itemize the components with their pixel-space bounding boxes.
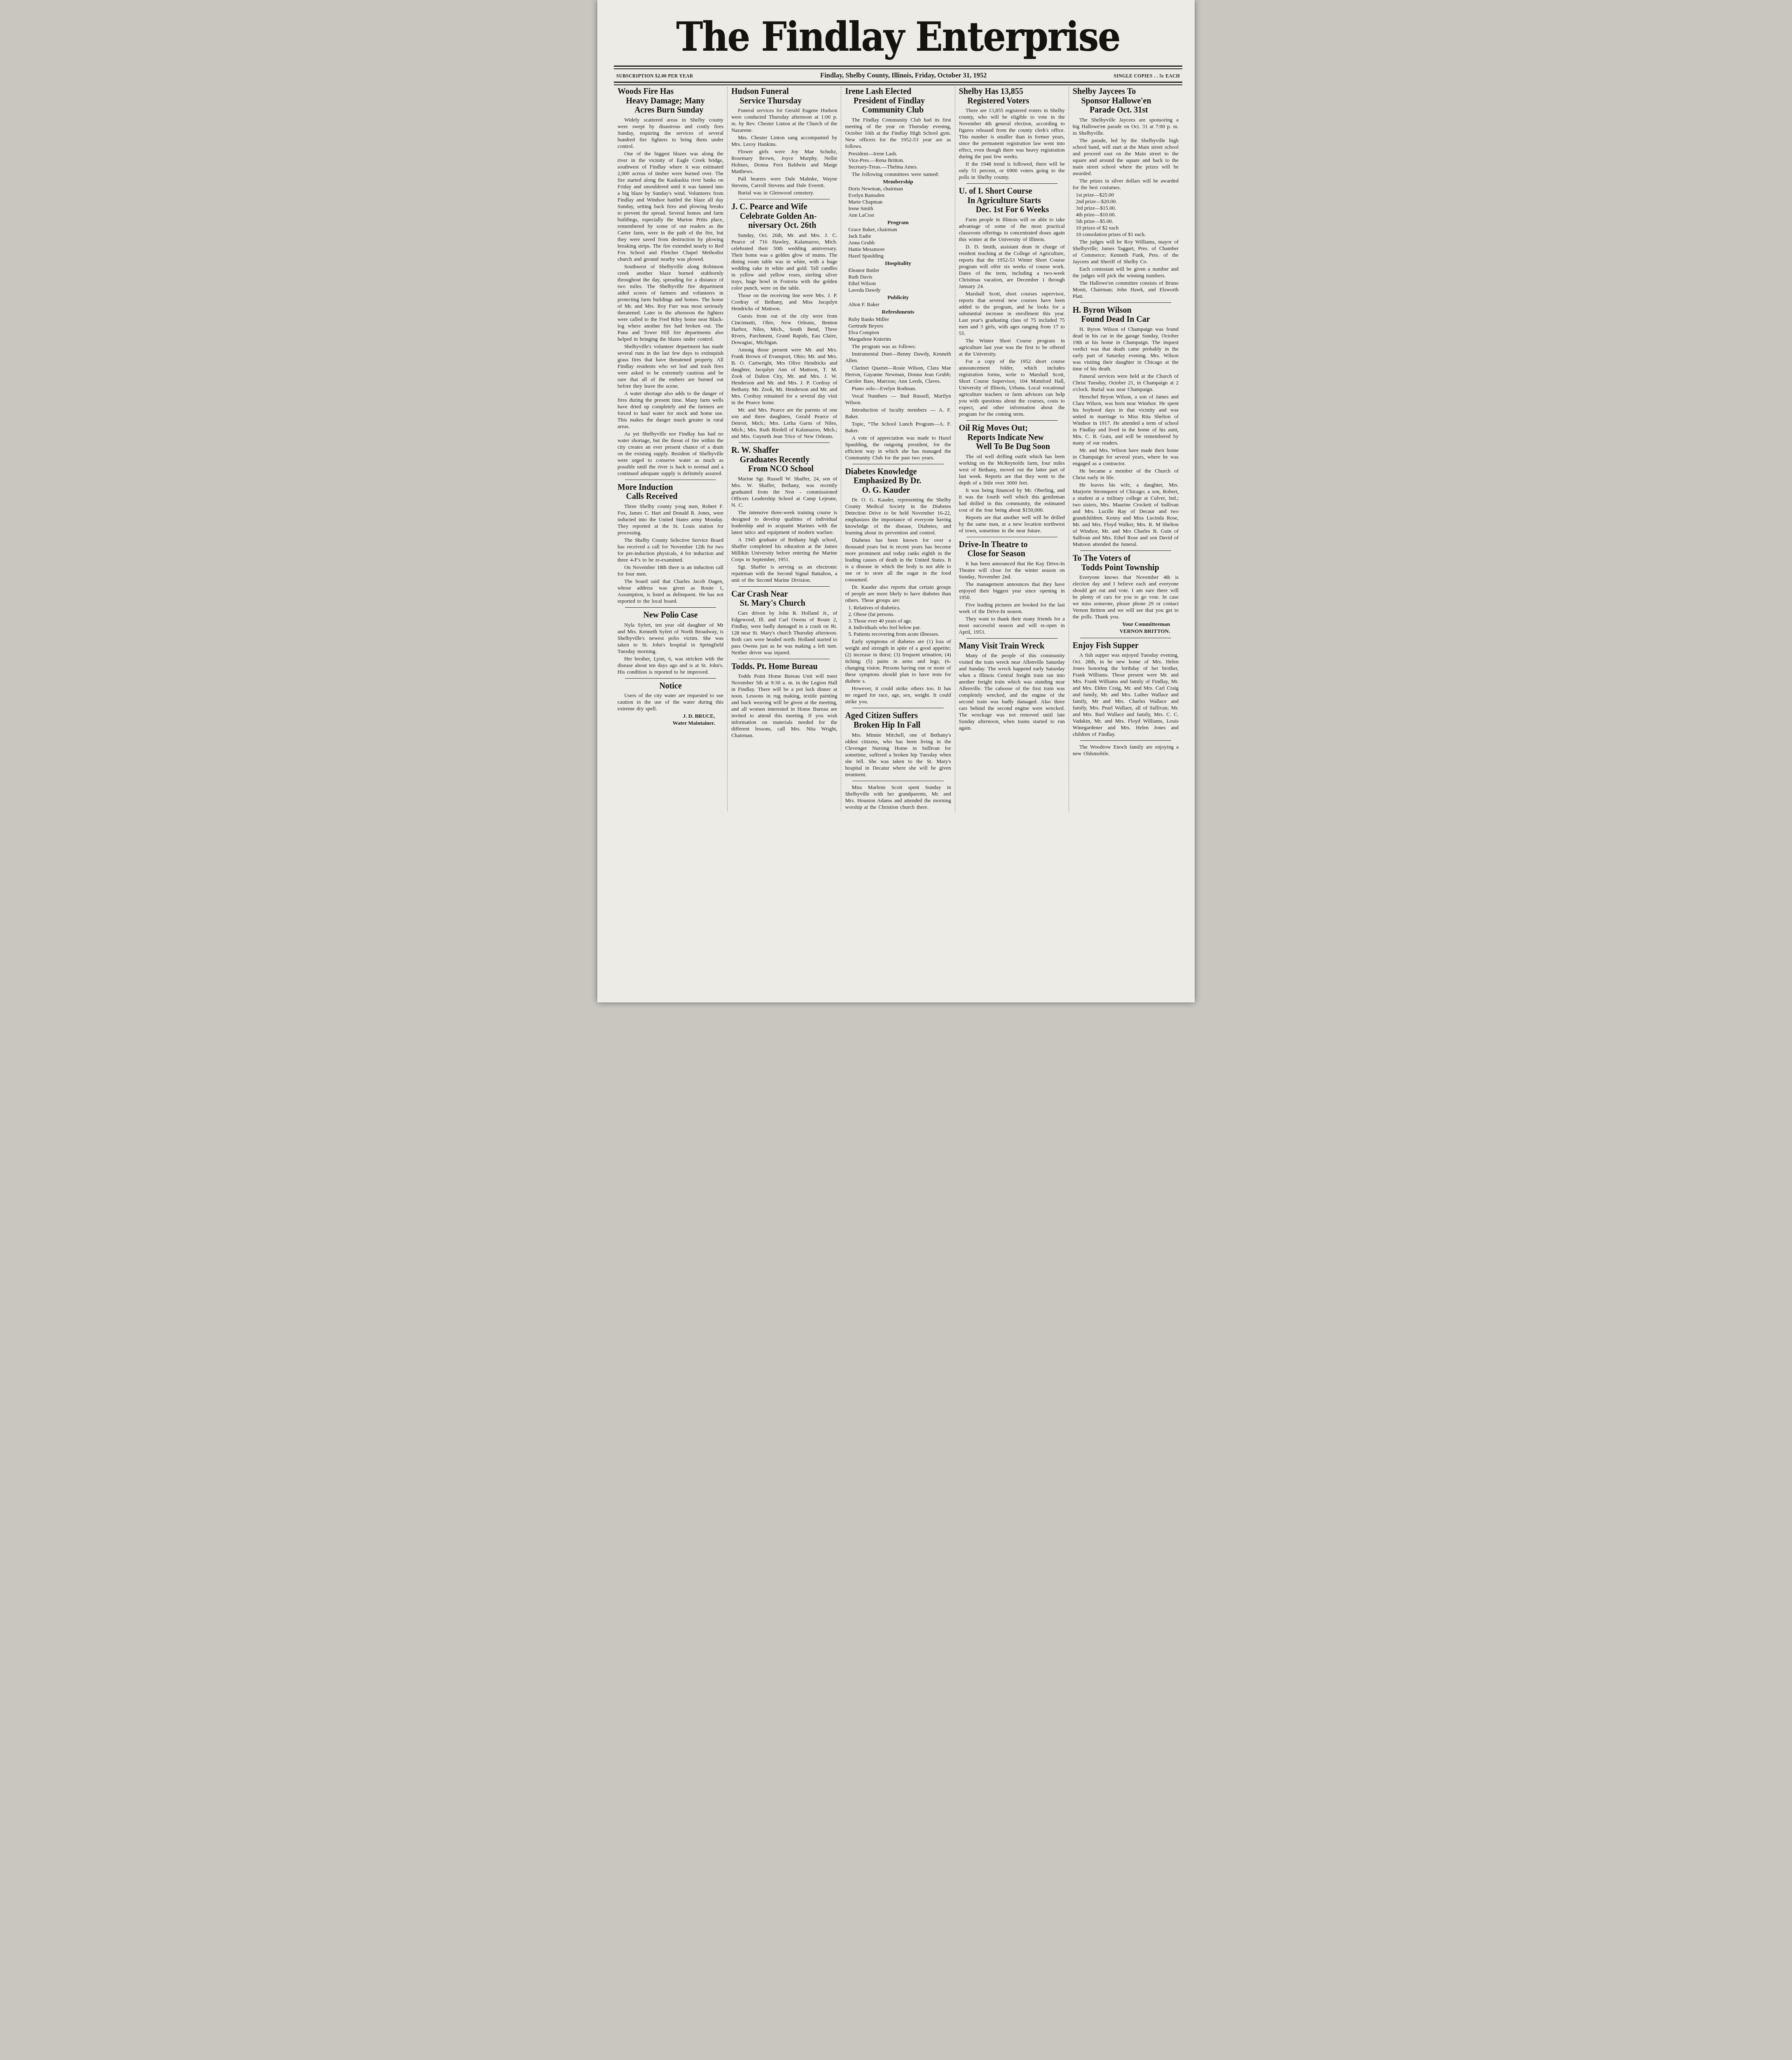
article-paragraph: Herschel Bryon Wilson, a son of James an… [1073, 393, 1179, 446]
article-paragraph: Marine Sgt. Russell W. Shaffer, 24, son … [731, 475, 837, 508]
article-paragraph: One of the biggest blazes was along the … [618, 150, 723, 262]
article-paragraph: He leaves his wife, a daughter, Mrs. Mar… [1073, 482, 1179, 548]
article-headline: Diabetes KnowledgeEmphasized By Dr.O. G.… [845, 467, 951, 495]
headline-line: Hudson Funeral [731, 87, 837, 96]
article-paragraph: He became a member of the Church of Chri… [1073, 468, 1179, 481]
article-paragraph: Pall bearers were Dale Mahnke, Wayne Ste… [731, 176, 837, 189]
article-separator-rule [1080, 550, 1171, 551]
headline-line: Found Dead In Car [1073, 315, 1179, 324]
article-headline: Todds. Pt. Home Bureau [731, 662, 837, 672]
headline-line: Reports Indicate New [959, 433, 1065, 442]
columns: Woods Fire HasHeavy Damage; ManyAcres Bu… [614, 87, 1182, 811]
article: Woods Fire HasHeavy Damage; ManyAcres Bu… [618, 87, 723, 477]
headline-line: Shelby Has 13,855 [959, 87, 1065, 96]
article: Oil Rig Moves Out;Reports Indicate NewWe… [959, 420, 1065, 534]
article-paragraph: Dr. O. G. Kauder, representing the Shelb… [845, 496, 951, 536]
headline-line: Shelby Jaycees To [1073, 87, 1179, 96]
article-separator-rule [852, 464, 943, 464]
article-line-list: President—Irene Lash. Vice-Pres.—Rena Br… [845, 150, 951, 170]
article: Drive-In Theatre toClose for SeasonIt ha… [959, 537, 1065, 635]
article-signature: J. D. BRUCE, Water Maintainer. [618, 713, 723, 727]
article-paragraph: Shelbyville's volunteer department has m… [618, 343, 723, 389]
article-headline: More InductionCalls Received [618, 483, 723, 501]
dateline-bar: SUBSCRIPTION $2.00 PER YEAR Findlay, She… [614, 69, 1182, 82]
article-paragraph: Funeral services were held at the Church… [1073, 373, 1179, 393]
headline-line: Registered Voters [959, 96, 1065, 106]
article-line-list: Ruby Banks Miller Gertrude Beyers Elva C… [845, 316, 951, 342]
headline-line: U. of I. Short Course [959, 187, 1065, 196]
article-line-list: 1st prize—$25.00 2nd prize—$20.00. 3rd p… [1073, 192, 1179, 238]
article-paragraph: D. D. Smith, assistant dean in charge of… [959, 243, 1065, 290]
headline-line: J. C. Pearce and Wife [731, 202, 837, 212]
article-paragraph: A 1945 graduate of Bethany high school, … [731, 536, 837, 563]
newspaper-title: The Findlay Enterprise [614, 16, 1182, 57]
headline-line: New Polio Case [618, 611, 723, 620]
article-paragraph: Clarinet Quartet—Rosie Wilson, Clara Mae… [845, 365, 951, 384]
headline-line: Well To Be Dug Soon [959, 442, 1065, 452]
article-separator-rule [966, 638, 1057, 639]
headline-line: Irene Lash Elected [845, 87, 951, 96]
article-paragraph: Sgt. Shaffer is serving as an electronic… [731, 564, 837, 583]
article-paragraph: Funeral services for Gerald Eugene Hudso… [731, 107, 837, 133]
masthead-rule-bottom [614, 82, 1182, 85]
article-line-list: Eleanor Butler Ruth Davis Ethel Wilson L… [845, 267, 951, 293]
article-paragraph: Those on the receiving line were Mrs. J.… [731, 292, 837, 312]
article-paragraph: The Woodrow Enoch family are enjoying a … [1073, 744, 1179, 757]
article-paragraph: Three Shelby county youg men, Robert F. … [618, 503, 723, 536]
article-headline: Drive-In Theatre toClose for Season [959, 540, 1065, 559]
article: Car Crash NearSt. Mary's ChurchCars driv… [731, 586, 837, 656]
headline-line: Parade Oct. 31st [1073, 105, 1179, 115]
headline-line: Notice [618, 681, 723, 691]
headline-line: Acres Burn Sunday [618, 105, 723, 115]
article-paragraph: The board said that Charles Jacob Dagen,… [618, 578, 723, 604]
single-copy-price: SINGLE COPIES . . 5c EACH [1114, 74, 1180, 79]
article-paragraph: Burial was in Glenwood cemetery. [731, 190, 837, 196]
article-paragraph: Mrs. Chester Linton sang accompanied by … [731, 134, 837, 147]
article-paragraph: The intensive three-week training course… [731, 509, 837, 536]
article: Irene Lash ElectedPresident of FindlayCo… [845, 87, 951, 461]
article-headline: Oil Rig Moves Out;Reports Indicate NewWe… [959, 424, 1065, 452]
article-separator-rule [852, 781, 943, 781]
article-paragraph: A water shortage also adds to the danger… [618, 390, 723, 430]
issue-dateline: Findlay, Shelby County, Illinois, Friday… [820, 71, 987, 80]
article-line-list: Alton F. Baker [845, 301, 951, 308]
column-2: Hudson FuneralService ThursdayFuneral se… [727, 87, 841, 811]
article-paragraph: The program was as follows: [845, 343, 951, 350]
article-separator-rule [625, 607, 716, 608]
newspaper-page: The Findlay Enterprise SUBSCRIPTION $2.0… [597, 0, 1195, 1002]
article: Aged Citizen SuffersBroken Hip In FallMr… [845, 708, 951, 777]
article-paragraph: The Shelby County Selective Service Boar… [618, 537, 723, 563]
headline-line: R. W. Shaffer [731, 446, 837, 455]
column-1: Woods Fire HasHeavy Damage; ManyAcres Bu… [614, 87, 727, 811]
article-paragraph: Vocal Numbers — Bud Russell, Marilyn Wil… [845, 393, 951, 406]
masthead-rule-top [614, 66, 1182, 69]
headline-line: St. Mary's Church [731, 599, 837, 608]
article-paragraph: For a copy of the 1952 short course anno… [959, 358, 1065, 417]
article-paragraph: Reports are that another well will be dr… [959, 514, 1065, 534]
headline-line: Todds. Pt. Home Bureau [731, 662, 837, 672]
article-paragraph: Many of the people of this community vis… [959, 652, 1065, 731]
article: More InductionCalls ReceivedThree Shelby… [618, 480, 723, 604]
article: Diabetes KnowledgeEmphasized By Dr.O. G.… [845, 464, 951, 705]
article-paragraph: Mr. and Mrs. Wilson have made their home… [1073, 447, 1179, 467]
article: J. C. Pearce and WifeCelebrate Golden An… [731, 199, 837, 440]
article-paragraph: Widely scattered areas in Shelby county … [618, 117, 723, 150]
headline-line: To The Voters of [1073, 554, 1179, 563]
article-paragraph: There are 13,855 registered voters in Sh… [959, 107, 1065, 160]
article-paragraph: Sunday, Oct. 26th, Mr. and Mrs. J. C. Pe… [731, 232, 837, 291]
article: Enjoy Fish SupperA fish supper was enjoy… [1073, 638, 1179, 738]
column-5: Shelby Jaycees ToSponsor Hallowe'enParad… [1069, 87, 1182, 811]
column-3: Irene Lash ElectedPresident of FindlayCo… [841, 87, 954, 811]
article-separator-rule [966, 537, 1057, 537]
article: U. of I. Short CourseIn Agriculture Star… [959, 183, 1065, 417]
article-headline: Irene Lash ElectedPresident of FindlayCo… [845, 87, 951, 115]
article: Todds. Pt. Home BureauTodds Point Home B… [731, 659, 837, 739]
article-headline: To The Voters ofTodds Point Township [1073, 554, 1179, 572]
article-paragraph: A vote of appreciation was made to Hazel… [845, 435, 951, 461]
article-paragraph: The Shelbyville Jaycees are sponsoring a… [1073, 117, 1179, 136]
article-paragraph: Diabetes has been known for over a thous… [845, 537, 951, 583]
article-headline: Hudson FuneralService Thursday [731, 87, 837, 105]
article-paragraph: Topic, “The School Lunch Program—A. F. B… [845, 421, 951, 434]
article-paragraph: Flower girls were Joy Mae Schultz, Rosem… [731, 148, 837, 175]
article: Hudson FuneralService ThursdayFuneral se… [731, 87, 837, 196]
article-line-list: Doris Newman, chairman Evelyn Ramsden Ma… [845, 185, 951, 218]
article-paragraph: Mr. and Mrs. Pearce are the parents of o… [731, 407, 837, 440]
article-headline: R. W. ShafferGraduates RecentlyFrom NCO … [731, 446, 837, 474]
article-paragraph: Marshall Scott, short courses supervisor… [959, 290, 1065, 337]
article-headline: J. C. Pearce and WifeCelebrate Golden An… [731, 202, 837, 230]
article: H. Byron WilsonFound Dead In CarH. Byron… [1073, 302, 1179, 548]
article-separator-rule [966, 183, 1057, 184]
headline-line: President of Findlay [845, 96, 951, 106]
headline-line: More Induction [618, 483, 723, 492]
article: To The Voters ofTodds Point TownshipEver… [1073, 550, 1179, 635]
article-paragraph: Among those present were Mr. and Mrs. Fr… [731, 346, 837, 406]
article: New Polio CaseNyla Syfert, ten year old … [618, 607, 723, 675]
article-paragraph: Early symptoms of diabetes are (1) loss … [845, 638, 951, 684]
headline-line: Dec. 1st For 6 Weeks [959, 205, 1065, 215]
headline-line: Drive-In Theatre to [959, 540, 1065, 550]
headline-line: Aged Citizen Suffers [845, 711, 951, 721]
article-separator-rule [739, 199, 830, 199]
article-headline: Many Visit Train Wreck [959, 641, 1065, 651]
article-paragraph: Users of the city water are requested to… [618, 692, 723, 712]
article-separator-rule [1080, 740, 1171, 741]
article-headline: U. of I. Short CourseIn Agriculture Star… [959, 187, 1065, 215]
article-paragraph: They want to thank their many friends fo… [959, 616, 1065, 635]
article: Miss Marlene Scott spent Sunday in Shelb… [845, 781, 951, 810]
article-separator-rule [625, 480, 716, 480]
article-separator-rule [739, 586, 830, 587]
article-headline: Notice [618, 681, 723, 691]
article-paragraph: The Winter Short Course program in agric… [959, 337, 1065, 357]
headline-line: Woods Fire Has [618, 87, 723, 96]
headline-line: Heavy Damage; Many [618, 96, 723, 106]
article: Shelby Has 13,855Registered VotersThere … [959, 87, 1065, 180]
article: Many Visit Train WreckMany of the people… [959, 638, 1065, 732]
headline-line: Many Visit Train Wreck [959, 641, 1065, 651]
article-paragraph: As yet Shelbyville nor Findlay has had n… [618, 431, 723, 477]
article-paragraph: It has been announced that the Kay Drive… [959, 560, 1065, 580]
headline-line: Celebrate Golden An- [731, 212, 837, 221]
article-paragraph: It was being financed by Mr. Oberling, a… [959, 487, 1065, 513]
headline-line: H. Byron Wilson [1073, 306, 1179, 315]
article-separator-rule [625, 678, 716, 679]
article-paragraph: Southwest of Shelbyville along Robinson … [618, 263, 723, 342]
article-subhead: Refreshments [845, 309, 951, 315]
headline-line: Close for Season [959, 549, 1065, 559]
headline-line: niversary Oct. 26th [731, 221, 837, 230]
headline-line: Oil Rig Moves Out; [959, 424, 1065, 433]
article-paragraph: The Findlay Community Club had its first… [845, 117, 951, 150]
article-paragraph: Everyone knows that November 4th is elec… [1073, 574, 1179, 620]
article-separator-rule [966, 420, 1057, 421]
article-paragraph: Dr. Kauder also reports that certain gro… [845, 584, 951, 604]
headline-line: From NCO School [731, 464, 837, 474]
article-separator-rule [739, 442, 830, 443]
article-headline: Aged Citizen SuffersBroken Hip In Fall [845, 711, 951, 730]
article-paragraph: The following committees were named: [845, 171, 951, 178]
article-paragraph: The Hallowe'en committee consists of Bru… [1073, 280, 1179, 300]
headline-line: Broken Hip In Fall [845, 721, 951, 730]
article-separator-rule [1080, 302, 1171, 303]
headline-line: O. G. Kauder [845, 486, 951, 495]
article-headline: New Polio Case [618, 611, 723, 620]
article-paragraph: Instrumental Duet—Benny Dawdy, Kenneth A… [845, 351, 951, 364]
masthead: The Findlay Enterprise [614, 6, 1182, 61]
article-paragraph: Farm people in Illinois will oe able to … [959, 216, 1065, 243]
headline-line: Community Club [845, 105, 951, 115]
article-headline: Enjoy Fish Supper [1073, 641, 1179, 651]
article-paragraph: The prizes in silver dollars will be awa… [1073, 178, 1179, 191]
article-line-list: Grace Baker, chairman Jack Eadie Anna Gr… [845, 226, 951, 259]
article-subhead: Hospitality [845, 260, 951, 267]
article-paragraph: H. Byron Wilson of Champaign was found d… [1073, 326, 1179, 372]
article-subhead: Publicity [845, 294, 951, 301]
article-paragraph: However, it could strike others too. It … [845, 685, 951, 705]
article-separator-rule [1080, 638, 1171, 638]
article: R. W. ShafferGraduates RecentlyFrom NCO … [731, 442, 837, 583]
article-paragraph: Miss Marlene Scott spent Sunday in Shelb… [845, 784, 951, 810]
article-headline: Car Crash NearSt. Mary's Church [731, 590, 837, 608]
article: NoticeUsers of the city water are reques… [618, 678, 723, 727]
article-paragraph: Introduction of faculty members — A. F. … [845, 407, 951, 420]
article-paragraph: The management announces that they have … [959, 581, 1065, 601]
article-paragraph: Nyla Syfert, ten year old daughter of Mr… [618, 622, 723, 655]
article-paragraph: Her brother, Lynn, 6, was stricken with … [618, 655, 723, 675]
article-paragraph: Five leading pictures are booked for the… [959, 602, 1065, 615]
headline-line: Calls Received [618, 492, 723, 501]
article-subhead: Membership [845, 178, 951, 185]
article-paragraph: A fish supper was enjoyed Tuesday evenin… [1073, 652, 1179, 737]
article-headline: H. Byron WilsonFound Dead In Car [1073, 306, 1179, 324]
article-paragraph: Mrs. Minnie Mitchell, one of Bethany's o… [845, 732, 951, 778]
article-paragraph: The parade, led by the Shelbyville high … [1073, 137, 1179, 177]
headline-line: Todds Point Township [1073, 563, 1179, 573]
article-headline: Woods Fire HasHeavy Damage; ManyAcres Bu… [618, 87, 723, 115]
subscription-price: SUBSCRIPTION $2.00 PER YEAR [616, 74, 693, 79]
article-subhead: Program [845, 219, 951, 226]
article-separator-rule [739, 659, 830, 659]
headline-line: Sponsor Hallowe'en [1073, 96, 1179, 106]
article-headline: Shelby Jaycees ToSponsor Hallowe'enParad… [1073, 87, 1179, 115]
article-line-list: 1. Relatives of diabetics. 2. Obese (fat… [845, 604, 951, 637]
headline-line: Service Thursday [731, 96, 837, 106]
article-paragraph: The oil well drilling outfit which has b… [959, 453, 1065, 486]
article-paragraph: Todds Point Home Bureau Unit will meet N… [731, 673, 837, 739]
article-paragraph: On November 18th there is an induction c… [618, 564, 723, 577]
article-separator-rule [852, 708, 943, 708]
article: Shelby Jaycees ToSponsor Hallowe'enParad… [1073, 87, 1179, 300]
headline-line: In Agriculture Starts [959, 196, 1065, 206]
article-paragraph: Piano solo—Evelyn Rodman. [845, 385, 951, 392]
headline-line: Enjoy Fish Supper [1073, 641, 1179, 651]
column-4: Shelby Has 13,855Registered VotersThere … [955, 87, 1069, 811]
headline-line: Emphasized By Dr. [845, 476, 951, 486]
article-headline: Shelby Has 13,855Registered Voters [959, 87, 1065, 105]
article: The Woodrow Enoch family are enjoying a … [1073, 740, 1179, 757]
article-paragraph: If the 1948 trend is followed, there wil… [959, 161, 1065, 180]
article-paragraph: Guests from out of the city were from Ci… [731, 313, 837, 346]
headline-line: Graduates Recently [731, 455, 837, 465]
headline-line: Car Crash Near [731, 590, 837, 599]
headline-line: Diabetes Knowledge [845, 467, 951, 477]
article-signature: Your Committeeman VERNON BRITTON. [1073, 621, 1179, 635]
article-paragraph: Cars driven by John R. Holland Jr., of E… [731, 610, 837, 656]
article-paragraph: The judges will be Roy Williams, mayor o… [1073, 239, 1179, 265]
article-paragraph: Each contestant will be given a number a… [1073, 266, 1179, 279]
